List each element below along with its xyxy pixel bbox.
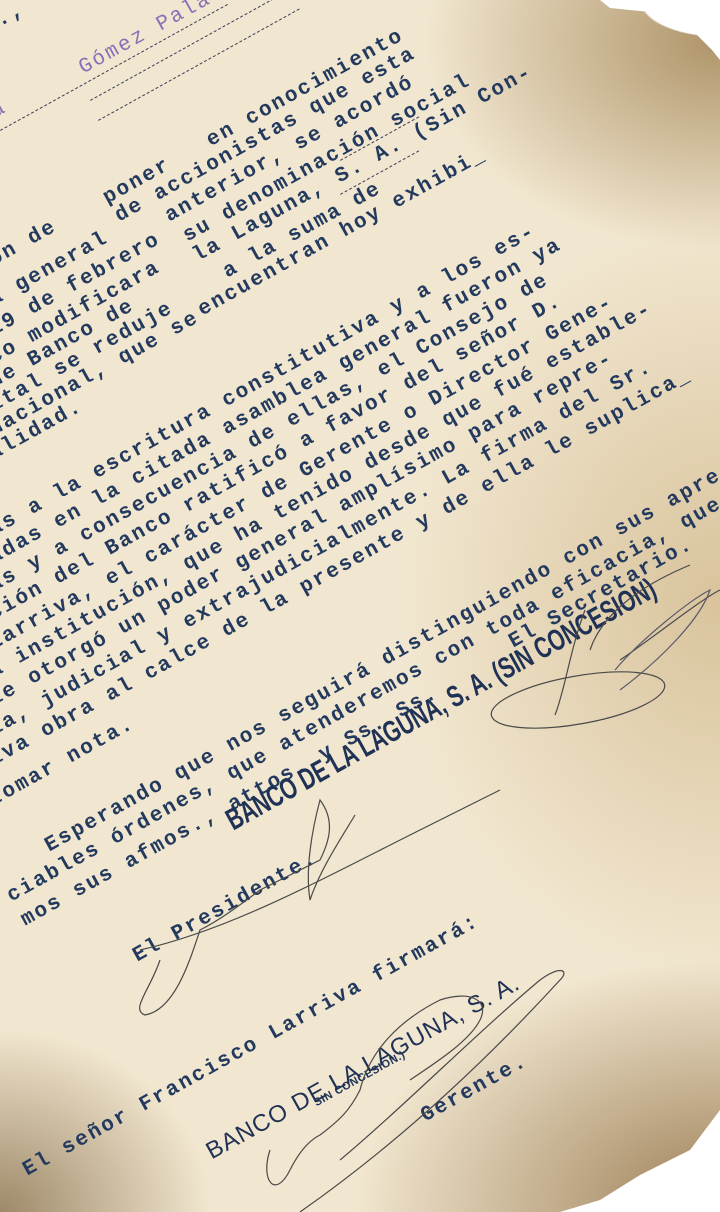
torn-corner [590,0,720,70]
